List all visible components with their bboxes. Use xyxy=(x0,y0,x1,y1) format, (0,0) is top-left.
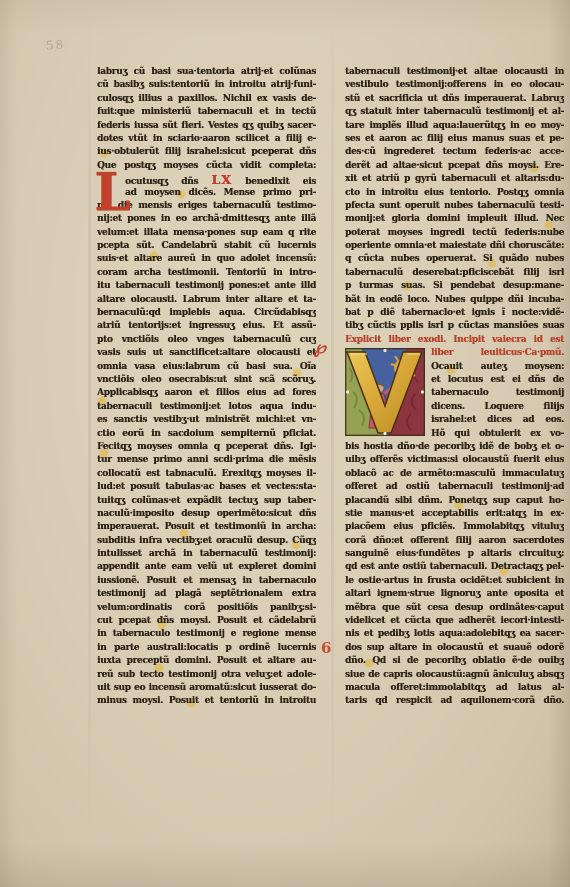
left-column-top-lines: labruʒ cũ basi sua·tentoria atrij·et col… xyxy=(97,66,316,173)
text-line: vasis suis ut sanctificet:altare olocaus… xyxy=(97,347,316,360)
text-line: q cũcta nubes operuerat. Si quãdo nubes xyxy=(345,253,564,266)
text-line: sanguinẽ eius·fundẽtes p altaris circuit… xyxy=(345,548,564,561)
right-column-rest-lines: bis hostia dño·de pecoribʒ idẽ de bobʒ e… xyxy=(345,441,564,709)
text-line: tabernaculi testimonij·et altae olocaust… xyxy=(345,66,564,79)
text-line: suis·et altare aureũ in quo adolet incen… xyxy=(97,253,316,266)
text-line: piacõem eius pficiẽs. Immolabitqʒ vitulu… xyxy=(345,521,564,534)
text-line: tibʒ cũctis pplis isrl p cũctas mansiões… xyxy=(345,320,564,333)
text-line: stie manus·et acceptabilis erit:atqʒ in … xyxy=(345,508,564,521)
text-line: bis hostia dño·de pecoribʒ idẽ de bobʒ e… xyxy=(345,441,564,454)
text-line: minus moysi. Posuit et tentoriũ in intro… xyxy=(97,695,316,708)
text-line: offeret ad ostiũ tabernaculi testimonij·… xyxy=(345,481,564,494)
gutter-crease xyxy=(331,0,334,887)
text-line: pfecta sunt operuit nubes tabernaculũ te… xyxy=(345,200,564,213)
text-line: tabernaculũ deserebat:pficiscebãt filij … xyxy=(345,267,564,280)
text-line: velum:et illata mensa·pones sup eam q ri… xyxy=(97,227,316,240)
text-line: atriũ tentorijs:et ingressuʒ eius. Et as… xyxy=(97,320,316,333)
text-line: Applicabisqʒ aaron et filios eius ad for… xyxy=(97,387,316,400)
text-line: tur mense primo anni scdi·prima die mẽsi… xyxy=(97,454,316,467)
text-line: macula offeret:immolabitqʒ ad latus al- xyxy=(345,682,564,695)
text-line: monij:et gloria domini impleuit illud. N… xyxy=(345,213,564,226)
text-line: omnia vasa eius:labrum cũ basi sua. Oĩa xyxy=(97,361,316,374)
right-text-column: tabernaculi testimonij·et altae olocaust… xyxy=(345,66,564,709)
text-line: collocatũ est tabnaculũ. Erexitqʒ moyses… xyxy=(97,468,316,481)
text-line: velum:ordinatis corã positiõis panibʒ:si… xyxy=(97,602,316,615)
text-line: dño. Qd si de pecoribʒ oblatio ẽ·de ouib… xyxy=(345,655,564,668)
text-line: taris qd respicit ad aquilonem·corã dño. xyxy=(345,695,564,708)
text-line: oblacõ ac de armẽto:masculũ immaculatuʒ xyxy=(345,468,564,481)
text-line: nis et pedibʒ lotis aqua:adolebitqʒ ea s… xyxy=(345,628,564,641)
chapter-opening-post: benedixit eis xyxy=(245,177,316,186)
text-line: cut pcepat dñs moysi. Posuit et cãdelabr… xyxy=(97,615,316,628)
text-line: subditis infra vectibʒ:et oraculũ desup.… xyxy=(97,535,316,548)
text-line: xit et atriũ p gyrũ tabernaculi et altar… xyxy=(345,173,564,186)
text-line: placandũ sibi dñm. Ponetqʒ sup caput ho- xyxy=(345,495,564,508)
text-line: tuitqʒ colũnas·et expãdit tectuʒ sup tab… xyxy=(97,495,316,508)
illuminated-initial-v-miniature xyxy=(345,348,425,436)
text-line: videlicet et cũcta que adherẽt iecori·in… xyxy=(345,615,564,628)
text-line: altari ignem·strue lignoruʒ ante oposita… xyxy=(345,588,564,601)
text-line: pcepta sũt. Candelabrũ stabit cũ lucerni… xyxy=(97,240,316,253)
text-line: coram archa testimonii. Tentoriũ in intr… xyxy=(97,267,316,280)
text-line: testimonij ad plagã septẽtrionalem extra xyxy=(97,588,316,601)
text-line: siue de capris olocaustũ:agnũ ãniculuʒ a… xyxy=(345,669,564,682)
text-line: naculũ·imposito desup operimẽto:sicut dñ… xyxy=(97,508,316,521)
text-line: iuxta preceptũ domini. Posuit et altare … xyxy=(97,655,316,668)
text-line: in parte australi:locatis p ordinẽ lucer… xyxy=(97,642,316,655)
illuminated-initial-block: liber leuiticus·Ca·pmũ. Ocauit auteʒ moy… xyxy=(345,347,564,441)
text-line: es sanctis vestibʒ·ut ministrẽt michi:et… xyxy=(97,414,316,427)
left-text-column: labruʒ cũ basi sua·tentoria atrij·et col… xyxy=(97,66,316,709)
explicit-incipit-rubric: Explicit liber exodi. Incipit vaiecra id… xyxy=(345,334,564,347)
text-line: in tabernaculo testimonij e regione mens… xyxy=(97,628,316,641)
text-line: qʒ statuit inter tabernaculũ testimonij … xyxy=(345,106,564,119)
right-column-top-lines: tabernaculi testimonij·et altae olocaust… xyxy=(345,66,564,334)
left-column-rest-lines: ma die mensis eriges tabernaculũ testimo… xyxy=(97,200,316,709)
text-line: derẽt ad altae·sicut pcepat dñs moysi. E… xyxy=(345,160,564,173)
text-line: vestibulo testimonij:offerens in eo oloc… xyxy=(345,79,564,92)
text-line: fuit:que ministeriũ tabernaculi et in te… xyxy=(97,106,316,119)
text-line: ctio eorũ in sacdoium sempiternũ pficiat… xyxy=(97,428,316,441)
text-line: qd est ante ostiũ tabernaculi. Detractaq… xyxy=(345,561,564,574)
text-line: uit sup eo incensũ aromatũ:sicut iussera… xyxy=(97,682,316,695)
text-line: corã dño:et offerent filij aaron sacerdo… xyxy=(345,535,564,548)
text-line: appendit ante eam velũ ut expleret domin… xyxy=(97,561,316,574)
text-line: cto in introitu eius tentorio. Postqʒ om… xyxy=(345,187,564,200)
text-line: des·cũ ingrederet tectum federis·ac acce… xyxy=(345,146,564,159)
text-line: operiente omnia·et maiestate dñi chorusc… xyxy=(345,240,564,253)
text-line: dotes vtũt in sciario·aaron scilicet a f… xyxy=(97,133,316,146)
left-crease xyxy=(88,0,91,887)
text-line: mẽbra que sũt cesa desup ordinãtes·caput xyxy=(345,602,564,615)
text-line: imperauerat. Posuit et testimoniũ in arc… xyxy=(97,521,316,534)
text-line: uibʒ offerẽs victimas:si olocaustũ fueri… xyxy=(345,454,564,467)
text-line: labruʒ cũ basi sua·tentoria atrij·et col… xyxy=(97,66,316,79)
chapter-number-lx: LX xyxy=(211,173,232,186)
text-line: ses et aaron ac filij eius manus suas et… xyxy=(345,133,564,146)
text-line: vnctiõis oleo osecrabis:ut sint scã scõr… xyxy=(97,374,316,387)
text-line: bat p diẽ tabernaclo·et ignis ĩ nocte:vi… xyxy=(345,307,564,320)
text-line: stũ et sacrificia ut dñs imperauerat. La… xyxy=(345,93,564,106)
red-quire-number: 6 xyxy=(321,639,331,657)
drop-cap-initial-l: L xyxy=(94,170,131,216)
text-line: lud:et posuit tabulas·ac bases et vectes… xyxy=(97,481,316,494)
text-line: reũ sub tecto testimonij otra veluʒ:et a… xyxy=(97,669,316,682)
text-line: le ostie·artus in frusta ocidẽt:et subic… xyxy=(345,575,564,588)
text-line: iussionẽ. Posuit et mensaʒ in tabernacul… xyxy=(97,575,316,588)
text-line: altare olocausti. Labrum inter altare et… xyxy=(97,294,316,307)
chapter-opening-pre: ocutusqʒ dñs xyxy=(125,177,198,186)
text-line: tabernaculi testimonij:et lotos aqua ind… xyxy=(97,401,316,414)
text-line: tare implẽs illud aqua:lauerũtqʒ in eo m… xyxy=(345,120,564,133)
text-line: culosqʒ illius a paxillos. Nichil ex vas… xyxy=(97,93,316,106)
text-line: pto vnctiõis oleo vnges tabernaculũ cuʒ xyxy=(97,334,316,347)
text-line: p turmas suas. Si pendebat desup:mane- xyxy=(345,280,564,293)
pencil-folio-number: 58 xyxy=(46,37,66,52)
text-line: intulisset archã in tabernaculũ testimon… xyxy=(97,548,316,561)
text-line: federis iussa sũt fieri. Vestes qʒ quibʒ… xyxy=(97,120,316,133)
text-line: dos sup altare in olocaustũ et suauẽ odo… xyxy=(345,642,564,655)
text-line: cũ basibʒ suis:tentoriũ in introitu atri… xyxy=(97,79,316,92)
text-line: bernaculũ:qd implebis aqua. Circũdabisqʒ xyxy=(97,307,316,320)
text-line: Fecitqʒ moyses omnia q pceperat dñs. Igi… xyxy=(97,441,316,454)
red-paragraph-flourish: ℘ xyxy=(314,338,326,358)
text-line: ius·obtulerũt filij israhel:sicut pceper… xyxy=(97,146,316,159)
text-line: bãt in eodẽ loco. Nubes quippe dñi incub… xyxy=(345,294,564,307)
text-line: itu tabernaculi testimonij pones:et ante… xyxy=(97,280,316,293)
text-line: poterat moyses ingredi tectũ federis:nub… xyxy=(345,227,564,240)
